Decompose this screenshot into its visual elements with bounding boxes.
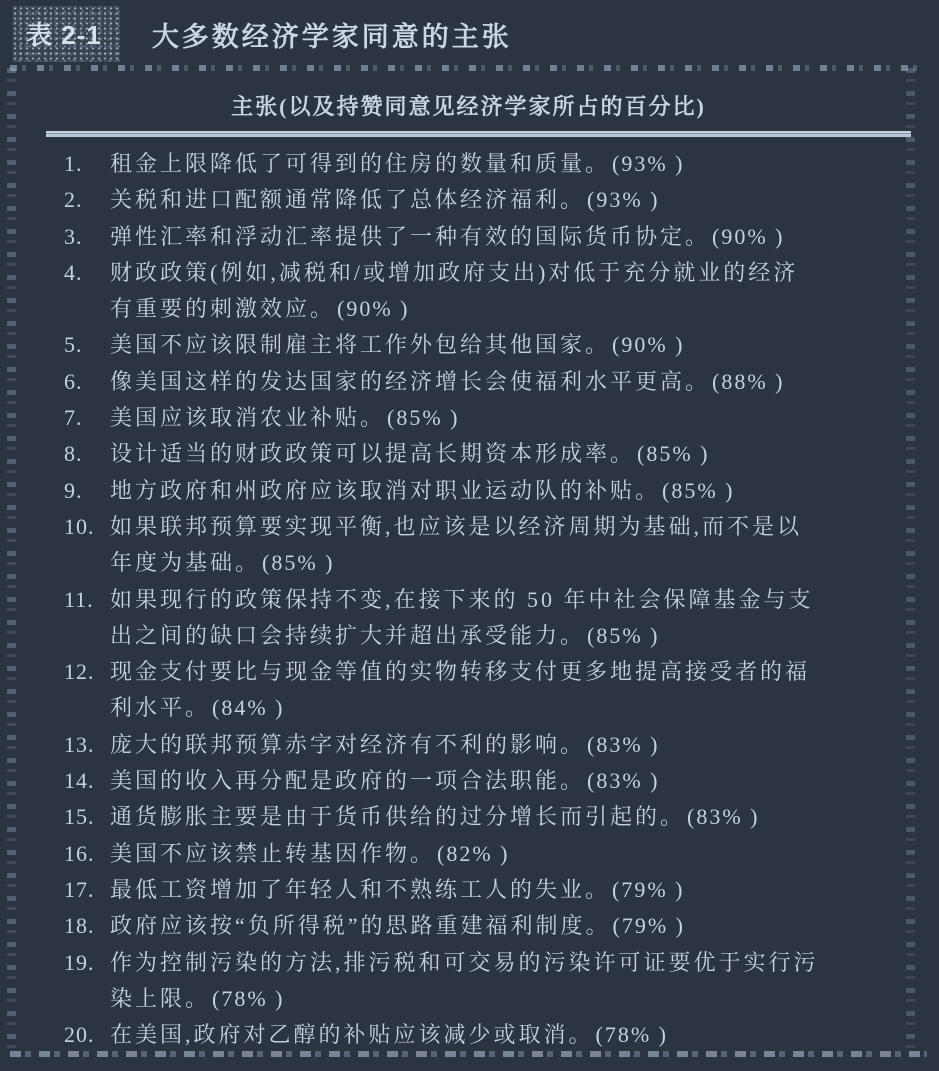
item-percent: (78% ) bbox=[210, 986, 284, 1011]
scan-noise-right-border bbox=[906, 68, 915, 1055]
list-item: 2.关税和进口配额通常降低了总体经济福利。(93% ) bbox=[28, 182, 865, 218]
item-number: 13. bbox=[64, 727, 110, 763]
item-number: 12. bbox=[64, 654, 110, 727]
item-percent: (90% ) bbox=[610, 332, 684, 357]
items-list: 1.租金上限降低了可得到的住房的数量和质量。(93% )2.关税和进口配额通常降… bbox=[28, 146, 865, 1053]
item-percent: (85% ) bbox=[260, 550, 334, 575]
item-text: 美国的收入再分配是政府的一项合法职能。(83% ) bbox=[110, 763, 865, 799]
item-text: 美国不应该禁止转基因作物。(82% ) bbox=[110, 836, 865, 872]
list-item: 10.如果联邦预算要实现平衡,也应该是以经济周期为基础,而不是以年度为基础。(8… bbox=[28, 509, 865, 582]
item-number: 10. bbox=[64, 509, 110, 582]
item-percent: (84% ) bbox=[210, 695, 284, 720]
table-caption: 表 2-1 大多数经济学家同意的主张 bbox=[12, 6, 927, 62]
item-number: 1. bbox=[64, 146, 110, 182]
item-percent: (85% ) bbox=[635, 441, 709, 466]
scan-noise-bottom-border bbox=[10, 1051, 927, 1057]
item-text: 财政政策(例如,减税和/或增加政府支出)对低于充分就业的经济有重要的刺激效应。(… bbox=[110, 255, 865, 328]
item-number: 20. bbox=[64, 1017, 110, 1053]
item-text: 设计适当的财政政策可以提高长期资本形成率。(85% ) bbox=[110, 436, 865, 472]
table-box: 主张(以及持赞同意见经济学家所占的百分比) 1.租金上限降低了可得到的住房的数量… bbox=[8, 62, 929, 1061]
item-percent: (83% ) bbox=[585, 732, 659, 757]
item-text: 租金上限降低了可得到的住房的数量和质量。(93% ) bbox=[110, 146, 865, 182]
item-percent: (90% ) bbox=[710, 224, 784, 249]
item-percent: (82% ) bbox=[435, 841, 509, 866]
list-item: 11.如果现行的政策保持不变,在接下来的 50 年中社会保障基金与支出之间的缺口… bbox=[28, 582, 865, 655]
list-item: 17.最低工资增加了年轻人和不熟练工人的失业。(79% ) bbox=[28, 872, 865, 908]
item-number: 4. bbox=[64, 255, 110, 328]
item-number: 3. bbox=[64, 219, 110, 255]
list-item: 9.地方政府和州政府应该取消对职业运动队的补贴。(85% ) bbox=[28, 473, 865, 509]
list-item: 6.像美国这样的发达国家的经济增长会使福利水平更高。(88% ) bbox=[28, 364, 865, 400]
item-percent: (83% ) bbox=[685, 804, 759, 829]
list-item: 18.政府应该按“负所得税”的思路重建福利制度。(79% ) bbox=[28, 908, 865, 944]
item-number: 7. bbox=[64, 400, 110, 436]
list-item: 5.美国不应该限制雇主将工作外包给其他国家。(90% ) bbox=[28, 327, 865, 363]
item-number: 16. bbox=[64, 836, 110, 872]
item-text: 政府应该按“负所得税”的思路重建福利制度。(79% ) bbox=[110, 908, 865, 944]
list-item: 14.美国的收入再分配是政府的一项合法职能。(83% ) bbox=[28, 763, 865, 799]
scan-noise-top-border bbox=[10, 65, 927, 71]
item-percent: (90% ) bbox=[335, 296, 409, 321]
list-item: 7.美国应该取消农业补贴。(85% ) bbox=[28, 400, 865, 436]
item-text: 在美国,政府对乙醇的补贴应该减少或取消。(78% ) bbox=[110, 1017, 865, 1053]
list-item: 4.财政政策(例如,减税和/或增加政府支出)对低于充分就业的经济有重要的刺激效应… bbox=[28, 255, 865, 328]
table-number-badge: 表 2-1 bbox=[12, 6, 120, 62]
item-text: 庞大的联邦预算赤字对经济有不利的影响。(83% ) bbox=[110, 727, 865, 763]
item-text: 最低工资增加了年轻人和不熟练工人的失业。(79% ) bbox=[110, 872, 865, 908]
item-text: 地方政府和州政府应该取消对职业运动队的补贴。(85% ) bbox=[110, 473, 865, 509]
list-item: 13.庞大的联邦预算赤字对经济有不利的影响。(83% ) bbox=[28, 727, 865, 763]
scan-noise-left-border bbox=[7, 68, 16, 1055]
item-text: 美国应该取消农业补贴。(85% ) bbox=[110, 400, 865, 436]
item-percent: (85% ) bbox=[585, 623, 659, 648]
item-percent: (88% ) bbox=[710, 369, 784, 394]
item-text: 现金支付要比与现金等值的实物转移支付更多地提高接受者的福利水平。(84% ) bbox=[110, 654, 865, 727]
list-item: 12.现金支付要比与现金等值的实物转移支付更多地提高接受者的福利水平。(84% … bbox=[28, 654, 865, 727]
table-column-header: 主张(以及持赞同意见经济学家所占的百分比) bbox=[8, 92, 929, 122]
item-number: 8. bbox=[64, 436, 110, 472]
item-text: 美国不应该限制雇主将工作外包给其他国家。(90% ) bbox=[110, 327, 865, 363]
item-text: 像美国这样的发达国家的经济增长会使福利水平更高。(88% ) bbox=[110, 364, 865, 400]
item-number: 18. bbox=[64, 908, 110, 944]
item-number: 11. bbox=[64, 582, 110, 655]
item-percent: (85% ) bbox=[385, 405, 459, 430]
item-number: 9. bbox=[64, 473, 110, 509]
item-number: 15. bbox=[64, 799, 110, 835]
item-percent: (93% ) bbox=[585, 187, 659, 212]
item-percent: (93% ) bbox=[610, 151, 684, 176]
item-number: 19. bbox=[64, 945, 110, 1018]
list-item: 3.弹性汇率和浮动汇率提供了一种有效的国际货币协定。(90% ) bbox=[28, 219, 865, 255]
item-text: 作为控制污染的方法,排污税和可交易的污染许可证要优于实行污染上限。(78% ) bbox=[110, 945, 865, 1018]
item-percent: (85% ) bbox=[660, 478, 734, 503]
item-number: 5. bbox=[64, 327, 110, 363]
item-number: 6. bbox=[64, 364, 110, 400]
item-percent: (78% ) bbox=[594, 1022, 668, 1047]
item-number: 17. bbox=[64, 872, 110, 908]
item-text: 如果现行的政策保持不变,在接下来的 50 年中社会保障基金与支出之间的缺口会持续… bbox=[110, 582, 865, 655]
item-number: 14. bbox=[64, 763, 110, 799]
list-item: 20.在美国,政府对乙醇的补贴应该减少或取消。(78% ) bbox=[28, 1017, 865, 1053]
item-percent: (79% ) bbox=[611, 913, 685, 938]
item-text: 如果联邦预算要实现平衡,也应该是以经济周期为基础,而不是以年度为基础。(85% … bbox=[110, 509, 865, 582]
table-title: 大多数经济学家同意的主张 bbox=[152, 15, 512, 54]
list-item: 8.设计适当的财政政策可以提高长期资本形成率。(85% ) bbox=[28, 436, 865, 472]
list-item: 1.租金上限降低了可得到的住房的数量和质量。(93% ) bbox=[28, 146, 865, 182]
item-number: 2. bbox=[64, 182, 110, 218]
item-percent: (83% ) bbox=[585, 768, 659, 793]
list-item: 16.美国不应该禁止转基因作物。(82% ) bbox=[28, 836, 865, 872]
item-text: 弹性汇率和浮动汇率提供了一种有效的国际货币协定。(90% ) bbox=[110, 219, 865, 255]
list-item: 19.作为控制污染的方法,排污税和可交易的污染许可证要优于实行污染上限。(78%… bbox=[28, 945, 865, 1018]
list-item: 15.通货膨胀主要是由于货币供给的过分增长而引起的。(83% ) bbox=[28, 799, 865, 835]
header-rule bbox=[46, 131, 911, 137]
item-text: 关税和进口配额通常降低了总体经济福利。(93% ) bbox=[110, 182, 865, 218]
item-percent: (79% ) bbox=[610, 877, 684, 902]
item-text: 通货膨胀主要是由于货币供给的过分增长而引起的。(83% ) bbox=[110, 799, 865, 835]
